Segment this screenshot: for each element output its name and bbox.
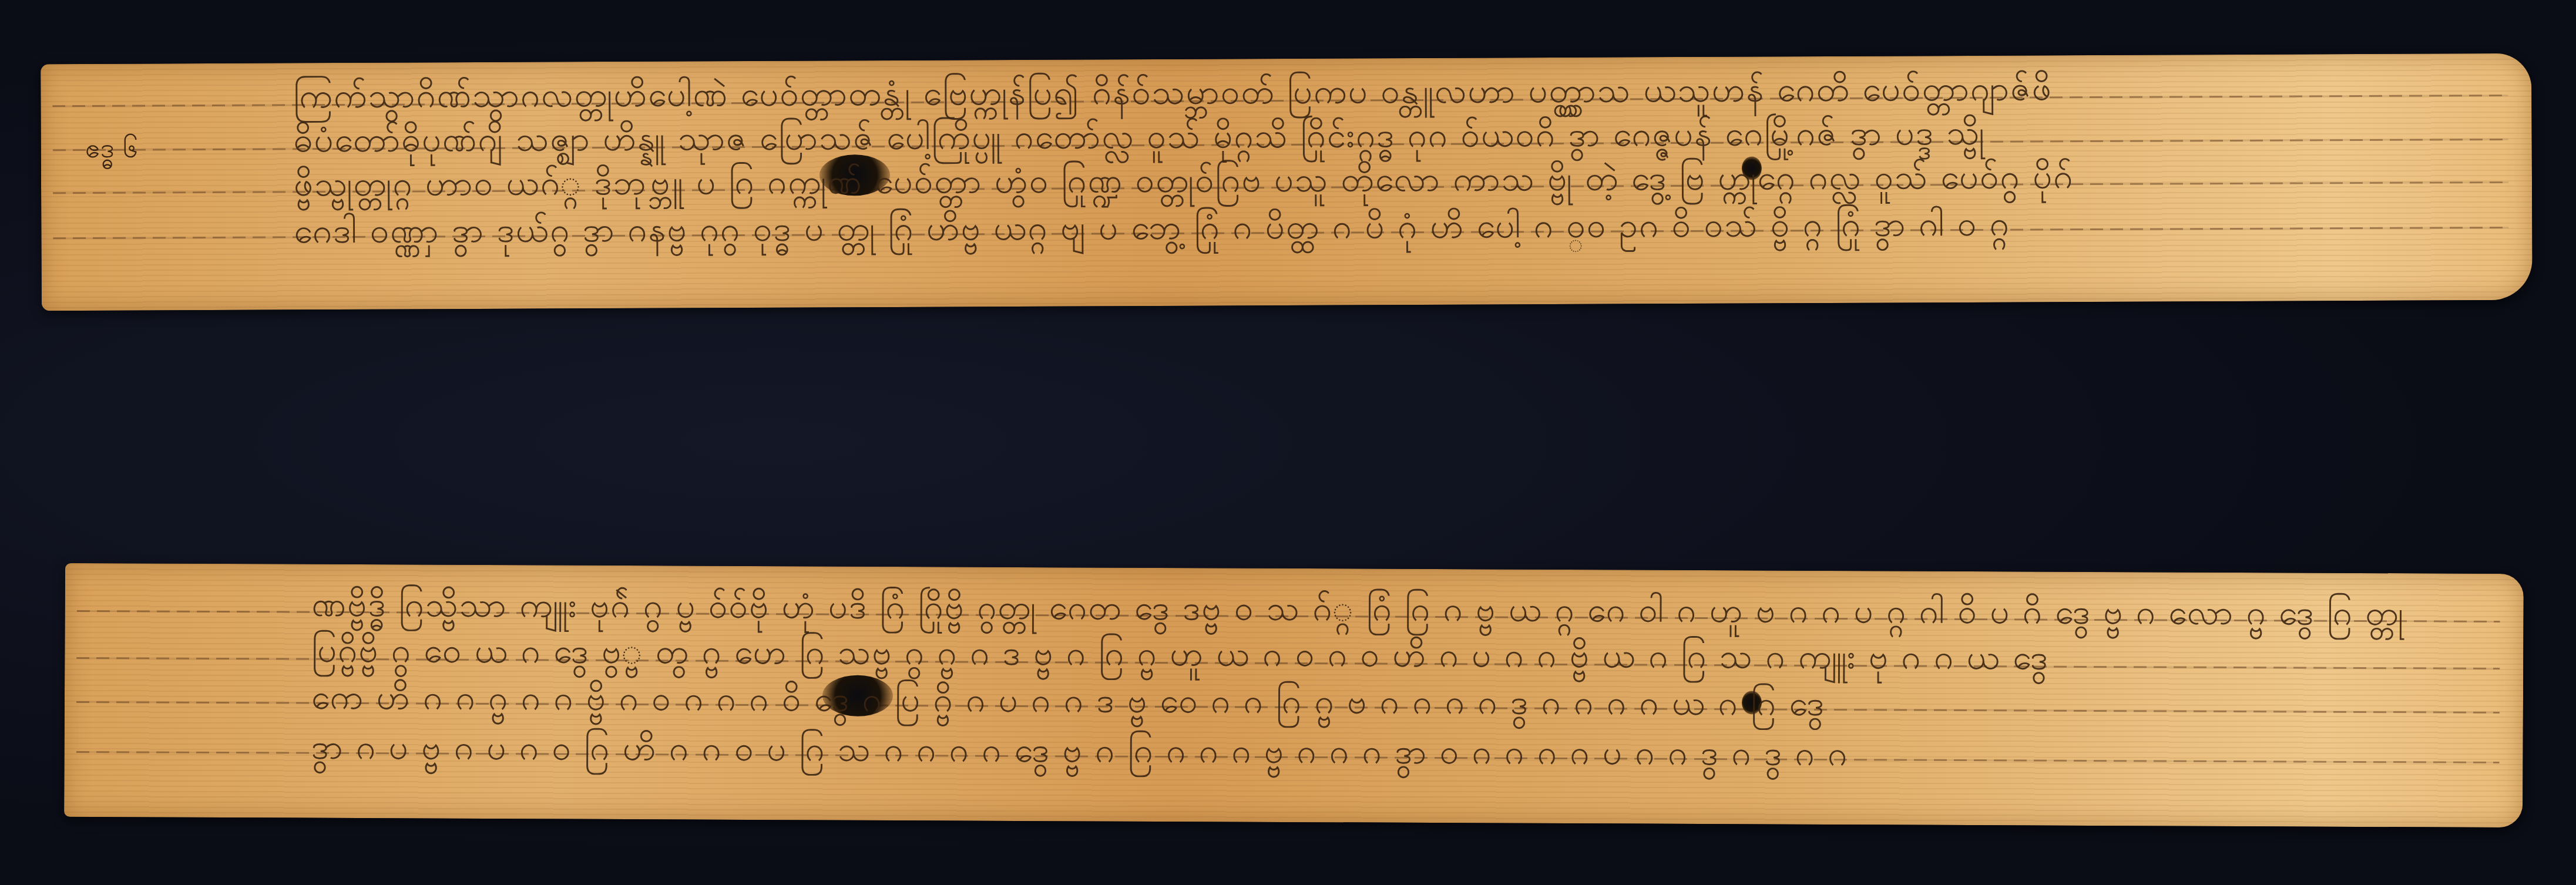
manuscript-line: ဂေဒါ ဝဏ္ဏှာ ဒွာ ဒုယ်ဂွ ဒွာ ဂနဗ္ဗ ဂုဂွ ဝု… [294,203,2010,260]
palm-leaf-top: ဧဒ္ဓ ၆ ကြက်သွာဂိဏ်သွာဂလတ္တုဟိပေါ့ဏဲ ပေဝ်… [41,53,2533,311]
leaf-number: ဧဒ္ဓ ၆ [85,132,139,171]
manuscript-line: ဒွာ ဂ ပ ဗ္ဗ ဂ ပ ဂ ဝ ဂြ ဟိ ဂ ဂ ဝ ပ ဂြ သ ဂ… [311,726,1848,782]
palm-leaf-bottom: ဏဗ္ဗိဒ္ဓိ ဂြသ္ဗိသာ ကျူး ဗုဂ်ဲ ဂွ ပ္ဗ ဝ်ဝ… [64,563,2524,827]
manuscript-line: ဂော ဟိ ဂ ဂ ဂ္ဗ ဂ ဂ ဗ္ဗိ ဂ ဝ ဂ ဂ ဂ ဝိ ဒွေ… [311,676,1825,732]
